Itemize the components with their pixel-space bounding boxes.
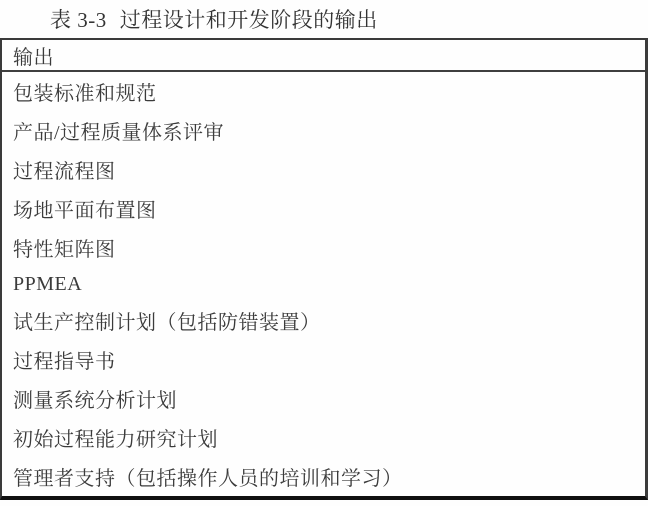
document-page: 表 3-3 过程设计和开发阶段的输出 输出 包装标准和规范 产品/过程质量体系评…: [0, 0, 648, 506]
table-row: 包装标准和规范: [2, 72, 645, 111]
table-cell: 特性矩阵图: [13, 233, 116, 262]
table-cell: 产品/过程质量体系评审: [13, 116, 224, 145]
table-row: PPMEA: [2, 267, 645, 300]
table-row: 初始过程能力研究计划: [2, 418, 645, 457]
table-cell: 管理者支持（包括操作人员的培训和学习）: [13, 462, 403, 491]
table-cell: 初始过程能力研究计划: [13, 423, 218, 452]
table-row: 测量系统分析计划: [2, 379, 645, 418]
table-cell: 包装标准和规范: [13, 77, 157, 106]
output-table: 输出 包装标准和规范 产品/过程质量体系评审 过程流程图 场地平面布置图 特性矩…: [0, 38, 648, 500]
table-cell: 场地平面布置图: [13, 194, 157, 223]
table-cell: 试生产控制计划（包括防错装置）: [13, 306, 321, 335]
table-caption: 表 3-3 过程设计和开发阶段的输出: [0, 0, 648, 38]
table-header-row: 输出: [2, 40, 645, 72]
table-cell: 过程流程图: [13, 155, 116, 184]
table-cell: PPMEA: [13, 273, 82, 296]
table-cell: 测量系统分析计划: [13, 384, 177, 413]
table-caption-title: 过程设计和开发阶段的输出: [120, 4, 378, 34]
table-row: 产品/过程质量体系评审: [2, 111, 645, 150]
table-cell: 过程指导书: [13, 345, 116, 374]
table-caption-number: 表 3-3: [50, 4, 107, 34]
table-row: 过程流程图: [2, 150, 645, 189]
table-body: 包装标准和规范 产品/过程质量体系评审 过程流程图 场地平面布置图 特性矩阵图 …: [2, 72, 645, 496]
table-row: 特性矩阵图: [2, 228, 645, 267]
table-row: 过程指导书: [2, 340, 645, 379]
table-row: 场地平面布置图: [2, 189, 645, 228]
table-row: 管理者支持（包括操作人员的培训和学习）: [2, 457, 645, 496]
table-header-cell: 输出: [13, 41, 54, 70]
table-row: 试生产控制计划（包括防错装置）: [2, 301, 645, 340]
